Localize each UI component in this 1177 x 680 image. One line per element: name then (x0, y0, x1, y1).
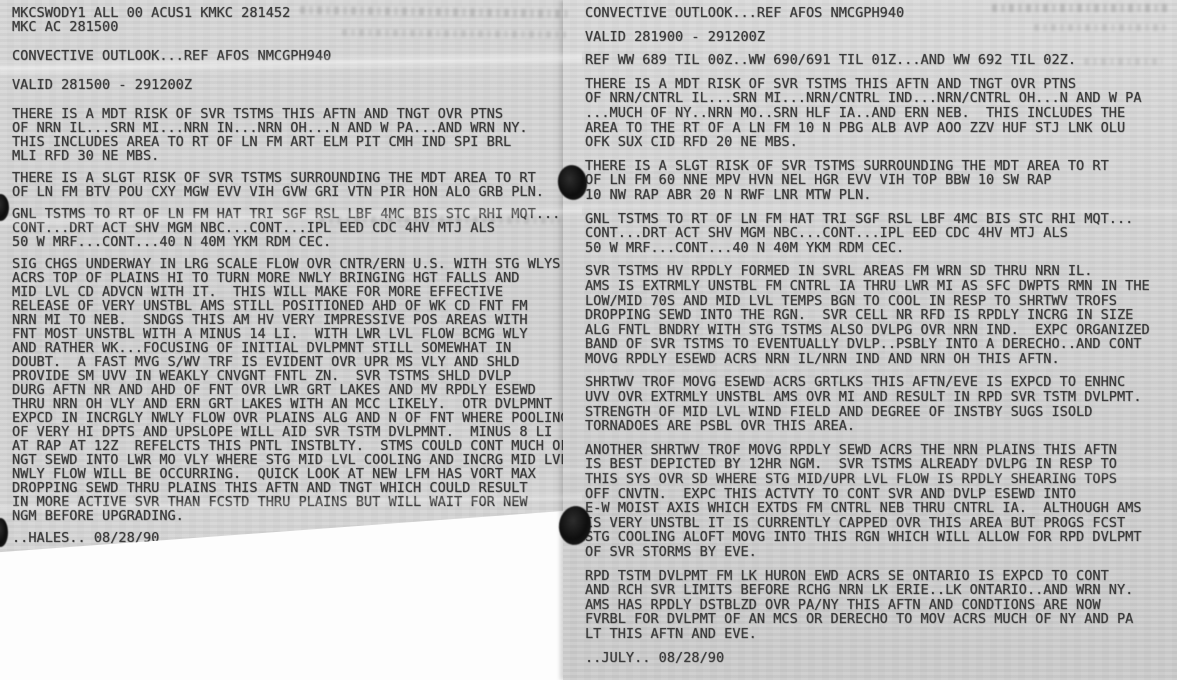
text-line: THERE IS A MDT RISK OF SVR TSTMS THIS AF… (12, 107, 582, 121)
text-line: 50 W MRF...CONT...40 N 40M YKM RDM CEC. (585, 241, 1177, 256)
text-line: AMS IS EXTRMLY UNSTBL FM CNTRL IA THRU L… (585, 279, 1177, 294)
text-line: ..JULY.. 08/28/90 (585, 651, 1177, 666)
paragraph: THERE IS A MDT RISK OF SVR TSTMS THIS AF… (585, 77, 1177, 150)
text-line: PROVIDE SM UVV IN WEAKLY CNVGNT FNTL ZN.… (12, 369, 582, 383)
text-line: FNT MOST UNSTBL WITH A MINUS 14 LI. WITH… (12, 327, 582, 341)
text-line: MKC AC 281500 (12, 20, 582, 34)
left-page-text: MKCSWODY1 ALL 00 ACUS1 KMKC 281452MKC AC… (12, 6, 582, 545)
text-line: STG COOLING ALOFT MOVG INTO THIS RGN WHI… (585, 530, 1177, 545)
text-line: CONVECTIVE OUTLOOK...REF AFOS NMCGPH940 (585, 6, 1177, 21)
text-line: NGM BEFORE UPGRADING. (12, 509, 582, 523)
text-line: GNL TSTMS TO RT OF LN FM HAT TRI SGF RSL… (12, 207, 582, 221)
text-line: FVRBL FOR DVLPMT OF AN MCS OR DERECHO TO… (585, 612, 1177, 627)
text-line: RELEASE OF VERY UNSTBL AMS STILL POSITIO… (12, 299, 582, 313)
text-line: NGT SEWD INTO LWR MO VLY WHERE STG MID L… (12, 453, 582, 467)
text-line: NRN MI TO NEB. SNDGS THIS AM HV VERY IMP… (12, 313, 582, 327)
paragraph: RPD TSTM DVLPMT FM LK HURON EWD ACRS SE … (585, 569, 1177, 642)
text-line: NWLY FLOW WILL BE OCCURRING. QUICK LOOK … (12, 467, 582, 481)
text-line: STRENGTH OF MID LVL WIND FIELD AND DEGRE… (585, 405, 1177, 420)
text-line: REF WW 689 TIL 00Z..WW 690/691 TIL 01Z..… (585, 53, 1177, 68)
text-line: OF LN FM BTV POU CXY MGW EVV VIH GVW GRI… (12, 185, 582, 199)
right-page-text: CONVECTIVE OUTLOOK...REF AFOS NMCGPH940V… (585, 6, 1177, 665)
text-line: AND RCH SVR LIMITS BEFORE RCHG NRN LK ER… (585, 583, 1177, 598)
text-line: OF LN FM 60 NNE MPV HVN NEL HGR EVV VIH … (585, 173, 1177, 188)
text-line: SIG CHGS UNDERWAY IN LRG SCALE FLOW OVR … (12, 257, 582, 271)
paragraph: GNL TSTMS TO RT OF LN FM HAT TRI SGF RSL… (12, 207, 582, 249)
text-line: SVR TSTMS HV RPDLY FORMED IN SVRL AREAS … (585, 264, 1177, 279)
text-line: THRU NRN OH VLY AND ERN GRT LAKES WITH A… (12, 397, 582, 411)
text-line: 50 W MRF...CONT...40 N 40M YKM RDM CEC. (12, 235, 582, 249)
text-line: UVV OVR EXTRMLY UNSTBL AMS OVR MI AND RE… (585, 390, 1177, 405)
right-page: CONVECTIVE OUTLOOK...REF AFOS NMCGPH940V… (563, 0, 1177, 680)
text-line: 10 NW RAP ABR 20 N RWF LNR MTW PLN. (585, 188, 1177, 203)
text-line: OF VERY HI DPTS AND UPSLOPE WILL AID SVR… (12, 425, 582, 439)
text-line: EXPCD IN INCRGLY NWLY FLOW OVR PLAINS AL… (12, 411, 582, 425)
text-line: DROPPING SEWD INTO THE RGN. SVR CELL NR … (585, 308, 1177, 323)
paragraph: ANOTHER SHRTWV TROF MOVG RPDLY SEWD ACRS… (585, 443, 1177, 560)
text-line: CONT...DRT ACT SHV MGM NBC...CONT...IPL … (585, 226, 1177, 241)
left-page: MKCSWODY1 ALL 00 ACUS1 KMKC 281452MKC AC… (0, 0, 582, 560)
text-line: THERE IS A MDT RISK OF SVR TSTMS THIS AF… (585, 77, 1177, 92)
text-line: VALID 281900 - 291200Z (585, 30, 1177, 45)
text-line: IS VERY UNSTBL IT IS CURRENTLY CAPPED OV… (585, 516, 1177, 531)
text-line: OFK SUX CID RFD 20 NE MBS. (585, 135, 1177, 150)
paragraph: THERE IS A SLGT RISK OF SVR TSTMS SURROU… (12, 171, 582, 199)
text-line: CONT...DRT ACT SHV MGM NBC...CONT...IPL … (12, 221, 582, 235)
text-line: ANOTHER SHRTWV TROF MOVG RPDLY SEWD ACRS… (585, 443, 1177, 458)
text-line: TORNADOES ARE PSBL OVR THIS AREA. (585, 419, 1177, 434)
text-line: GNL TSTMS TO RT OF LN FM HAT TRI SGF RSL… (585, 212, 1177, 227)
text-line: DURG AFTN NR AND AHD OF FNT OVR LWR GRT … (12, 383, 582, 397)
paragraph: GNL TSTMS TO RT OF LN FM HAT TRI SGF RSL… (585, 212, 1177, 256)
text-line: OF NRN/CNTRL IL...SRN MI...NRN/CNTRL IND… (585, 91, 1177, 106)
text-line: OF NRN IL...SRN MI...NRN IN...NRN OH...N… (12, 121, 582, 135)
text-line: THERE IS A SLGT RISK OF SVR TSTMS SURROU… (12, 171, 582, 185)
text-line: THIS SYS OVR SD WHERE STG MID/UPR LVL FL… (585, 472, 1177, 487)
text-line: LOW/MID 70S AND MID LVL TEMPS BGN TO COO… (585, 294, 1177, 309)
text-line: ACRS TOP OF PLAINS HI TO TURN MORE NWLY … (12, 271, 582, 285)
text-line: OF SVR STORMS BY EVE. (585, 545, 1177, 560)
paragraph: REF WW 689 TIL 00Z..WW 690/691 TIL 01Z..… (585, 53, 1177, 68)
paragraph: CONVECTIVE OUTLOOK...REF AFOS NMCGPH940 (12, 49, 582, 63)
text-line: IS BEST DEPICTED BY 12HR NGM. SVR TSTMS … (585, 457, 1177, 472)
text-line: THIS INCLUDES AREA TO RT OF LN FM ART EL… (12, 135, 582, 149)
text-line: RPD TSTM DVLPMT FM LK HURON EWD ACRS SE … (585, 569, 1177, 584)
text-line: AMS HAS RPDLY DSTBLZD OVR PA/NY THIS AFT… (585, 598, 1177, 613)
text-line: BAND OF SVR TSTMS TO EVENTUALLY DVLP..PS… (585, 337, 1177, 352)
text-line: IN MORE ACTIVE SVR THAN FCSTD THRU PLAIN… (12, 495, 582, 509)
paragraph: CONVECTIVE OUTLOOK...REF AFOS NMCGPH940 (585, 6, 1177, 21)
text-line: ..HALES.. 08/28/90 (12, 531, 582, 545)
text-line: THERE IS A SLGT RISK OF SVR TSTMS SURROU… (585, 159, 1177, 174)
text-line: SHRTWV TROF MOVG ESEWD ACRS GRTLKS THIS … (585, 375, 1177, 390)
paragraph: MKCSWODY1 ALL 00 ACUS1 KMKC 281452MKC AC… (12, 6, 582, 34)
text-line: VALID 281500 - 291200Z (12, 78, 582, 92)
paragraph: VALID 281500 - 291200Z (12, 78, 582, 92)
text-line: E-W MOIST AXIS WHICH EXTDS FM CNTRL NEB … (585, 501, 1177, 516)
scanned-document: MKCSWODY1 ALL 00 ACUS1 KMKC 281452MKC AC… (0, 0, 1177, 680)
paragraph: ..HALES.. 08/28/90 (12, 531, 582, 545)
text-line: MOVG RPDLY ESEWD ACRS NRN IL/NRN IND AND… (585, 352, 1177, 367)
text-line: DOUBT. A FAST MVG S/WV TRF IS EVIDENT OV… (12, 355, 582, 369)
text-line: ...MUCH OF NY..NRN MO..SRN HLF IA..AND E… (585, 106, 1177, 121)
paragraph: SIG CHGS UNDERWAY IN LRG SCALE FLOW OVR … (12, 257, 582, 523)
text-line: MID LVL CD ADVCN WITH IT. THIS WILL MAKE… (12, 285, 582, 299)
text-line: OFF CNVTN. EXPC THIS ACTVTY TO CONT SVR … (585, 487, 1177, 502)
text-line: ALG FNTL BNDRY WITH STG TSTMS ALSO DVLPG… (585, 323, 1177, 338)
paragraph: SVR TSTMS HV RPDLY FORMED IN SVRL AREAS … (585, 264, 1177, 366)
text-line: AND RATHER WK...FOCUSING OF INITIAL DVLP… (12, 341, 582, 355)
paragraph: THERE IS A MDT RISK OF SVR TSTMS THIS AF… (12, 107, 582, 163)
text-line: AREA TO THE RT OF A LN FM 10 N PBG ALB A… (585, 121, 1177, 136)
paragraph: VALID 281900 - 291200Z (585, 30, 1177, 45)
text-line: AT RAP AT 12Z REFELCTS THIS PNTL INSTBLT… (12, 439, 582, 453)
text-line: MKCSWODY1 ALL 00 ACUS1 KMKC 281452 (12, 6, 582, 20)
text-line: CONVECTIVE OUTLOOK...REF AFOS NMCGPH940 (12, 49, 582, 63)
text-line: MLI RFD 30 NE MBS. (12, 149, 582, 163)
paragraph: ..JULY.. 08/28/90 (585, 651, 1177, 666)
paragraph: THERE IS A SLGT RISK OF SVR TSTMS SURROU… (585, 159, 1177, 203)
text-line: DROPPING SEWD THRU PLAINS THIS AFTN AND … (12, 481, 582, 495)
text-line: LT THIS AFTN AND EVE. (585, 627, 1177, 642)
paragraph: SHRTWV TROF MOVG ESEWD ACRS GRTLKS THIS … (585, 375, 1177, 433)
